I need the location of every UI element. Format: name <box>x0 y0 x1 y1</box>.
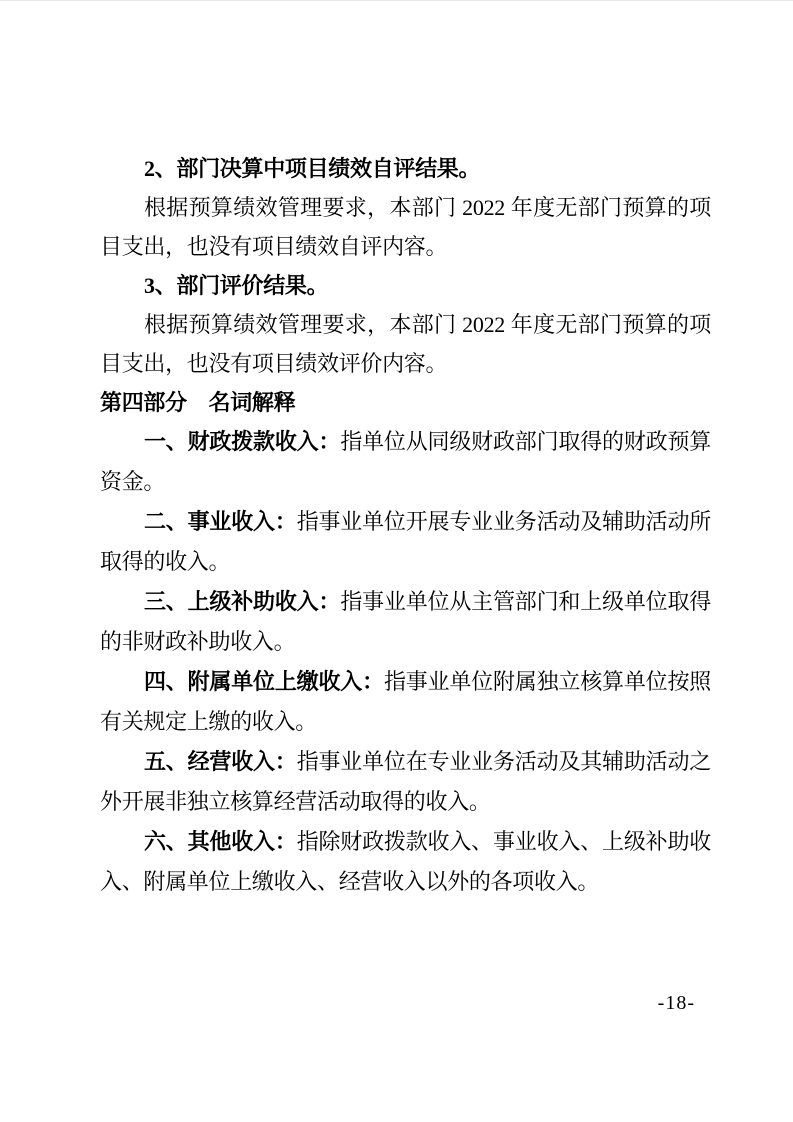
item-2-heading: 2、部门决算中项目绩效自评结果。 <box>100 149 711 188</box>
glossary-item-4: 四、附属单位上缴收入：指事业单位附属独立核算单位按照有关规定上缴的收入。 <box>100 662 711 742</box>
glossary-item-3: 三、上级补助收入：指事业单位从主管部门和上级单位取得的非财政补助收入。 <box>100 582 711 662</box>
glossary-term: 五、经营收入： <box>144 749 297 774</box>
part4-section-title: 第四部分 名词解释 <box>100 383 711 422</box>
glossary-item-1: 一、财政拨款收入：指单位从同级财政部门取得的财政预算资金。 <box>100 422 711 502</box>
glossary-term: 六、其他收入： <box>144 829 297 854</box>
glossary-item-2: 二、事业收入：指事业单位开展专业业务活动及辅助活动所取得的收入。 <box>100 502 711 582</box>
document-page: 2、部门决算中项目绩效自评结果。 根据预算绩效管理要求，本部门 2022 年度无… <box>0 0 793 1122</box>
page-number: -18- <box>658 992 695 1014</box>
glossary-term: 一、财政拨款收入： <box>144 429 340 454</box>
item-3-paragraph: 根据预算绩效管理要求，本部门 2022 年度无部门预算的项目支出，也没有项目绩效… <box>100 305 711 383</box>
item-2-paragraph: 根据预算绩效管理要求，本部门 2022 年度无部门预算的项目支出，也没有项目绩效… <box>100 188 711 266</box>
glossary-term: 三、上级补助收入： <box>144 589 340 614</box>
glossary-item-5: 五、经营收入：指事业单位在专业业务活动及其辅助活动之外开展非独立核算经营活动取得… <box>100 742 711 822</box>
glossary-list: 一、财政拨款收入：指单位从同级财政部门取得的财政预算资金。 二、事业收入：指事业… <box>100 422 711 902</box>
glossary-term: 二、事业收入： <box>144 509 297 534</box>
document-content: 2、部门决算中项目绩效自评结果。 根据预算绩效管理要求，本部门 2022 年度无… <box>100 149 711 902</box>
item-3-heading: 3、部门评价结果。 <box>100 266 711 305</box>
glossary-term: 四、附属单位上缴收入： <box>144 669 384 694</box>
glossary-item-6: 六、其他收入：指除财政拨款收入、事业收入、上级补助收入、附属单位上缴收入、经营收… <box>100 822 711 902</box>
